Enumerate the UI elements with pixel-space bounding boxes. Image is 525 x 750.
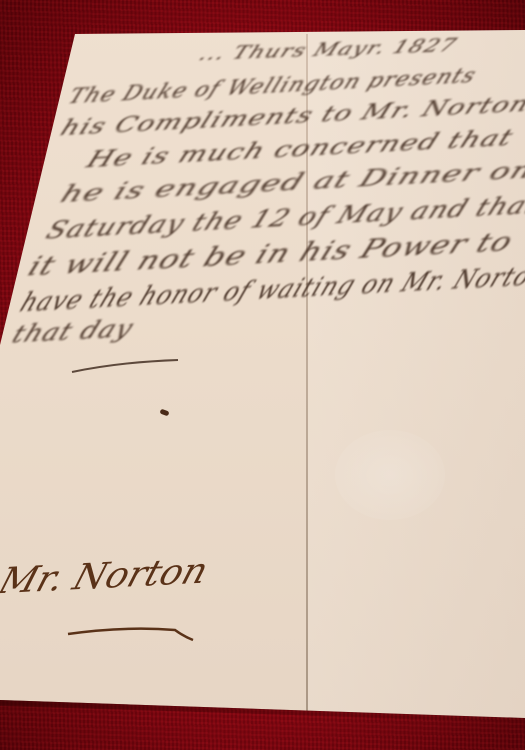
ink-blot [159,409,169,417]
signature-underline-flourish [65,622,205,652]
closing-flourish-line [70,358,180,378]
letter-paper: ... Thurs Mayr. 1827 The Duke of Welling… [0,0,525,750]
paper-stain [335,430,445,520]
signature: Mr. Norton [0,551,213,603]
letter-line-8: that day [8,313,138,348]
